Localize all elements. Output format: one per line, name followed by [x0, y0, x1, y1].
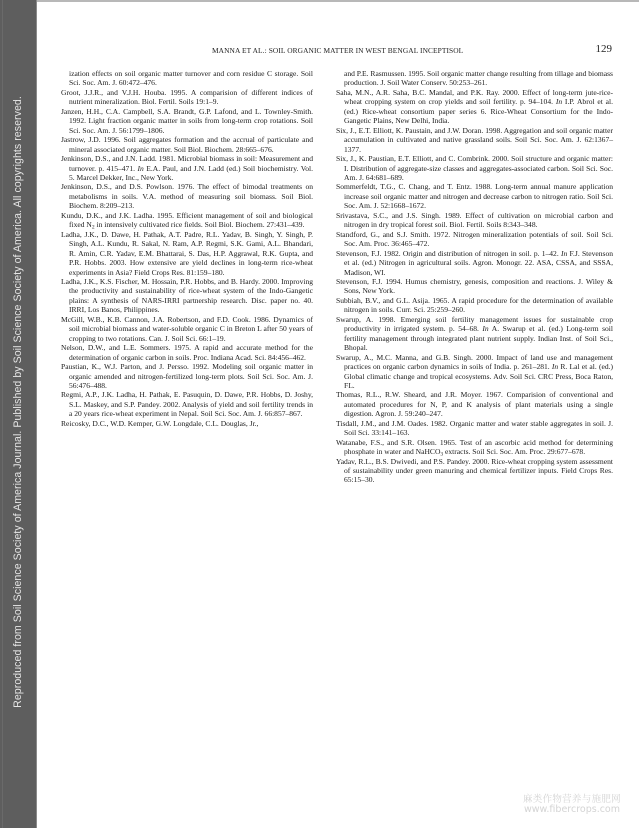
reference-entry: Thomas, R.L., R.W. Sheard, and J.R. Moye…: [336, 390, 613, 418]
top-border: [37, 0, 639, 2]
reference-text: extracts. Soil Sci. Soc. Am. Proc. 29:67…: [443, 447, 585, 456]
reference-entry: Watanabe, F.S., and S.R. Olsen. 1965. Te…: [336, 438, 613, 457]
reference-text: Stevenson, F.J. 1982. Origin and distrib…: [336, 249, 561, 258]
reference-entry: Sommerfeldt, T.G., C. Chang, and T. Entz…: [336, 182, 613, 210]
running-title: MANNA ET AL.: SOIL ORGANIC MATTER IN WES…: [212, 46, 463, 55]
references-right-column: and P.E. Rasmussen. 1995. Soil organic m…: [336, 69, 613, 485]
reference-entry: Regmi, A.P., J.K. Ladha, H. Pathak, E. P…: [61, 390, 313, 418]
reference-entry: Stevenson, F.J. 1982. Origin and distrib…: [336, 249, 613, 277]
copyright-notice: Reproduced from Soil Science Society of …: [12, 96, 24, 708]
reference-entry: Jastrow, J.D. 1996. Soil aggregates form…: [61, 135, 313, 154]
reference-entry: Standford, G., and S.J. Smith. 1972. Nit…: [336, 230, 613, 249]
reference-entry: McGill, W.B., K.B. Cannon, J.A. Robertso…: [61, 315, 313, 343]
reference-entry: Ladha, J.K., D. Dawe, H. Pathak, A.T. Pa…: [61, 230, 313, 277]
reference-entry: Jenkinson, D.S., and D.S. Powlson. 1976.…: [61, 182, 313, 210]
reference-entry: Ladha, J.K., K.S. Fischer, M. Hossain, P…: [61, 277, 313, 315]
reference-entry: Nelson, D.W., and L.E. Sommers. 1975. A …: [61, 343, 313, 362]
reference-entry: Srivastava, S.C., and J.S. Singh. 1989. …: [336, 211, 613, 230]
reference-text: in intensively cultivated rice fields. S…: [95, 220, 305, 229]
reference-entry: Kundu, D.K., and J.K. Ladha. 1995. Effic…: [61, 211, 313, 230]
reference-entry: Reicosky, D.C., W.D. Kemper, G.W. Longda…: [61, 419, 313, 428]
reference-entry: Subbiah, B.V., and G.L. Asija. 1965. A r…: [336, 296, 613, 315]
running-head: MANNA ET AL.: SOIL ORGANIC MATTER IN WES…: [60, 44, 612, 58]
copyright-side-strip: Reproduced from Soil Science Society of …: [0, 0, 37, 828]
site-watermark: 麻类作物营养与施肥网 www.fibercrops.com: [512, 795, 632, 815]
reference-entry: Tisdall, J.M., and J.M. Oades. 1982. Org…: [336, 419, 613, 438]
reference-continued: ization effects on soil organic matter t…: [61, 69, 313, 88]
reference-entry: Groot, J.J.R., and V.J.H. Houba. 1995. A…: [61, 88, 313, 107]
reference-continued: and P.E. Rasmussen. 1995. Soil organic m…: [336, 69, 613, 88]
reference-entry: Saha, M.N., A.R. Saha, B.C. Mandal, and …: [336, 88, 613, 126]
reference-entry: Swarup, A., M.C. Manna, and G.B. Singh. …: [336, 353, 613, 391]
reference-entry: Stevenson, F.J. 1994. Humus chemistry, g…: [336, 277, 613, 296]
reference-entry: Yadav, R.L., B.S. Dwivedi, and P.S. Pand…: [336, 457, 613, 485]
reference-entry: Paustian, K., W.J. Parton, and J. Persso…: [61, 362, 313, 390]
watermark-url: www.fibercrops.com: [512, 805, 632, 815]
reference-entry: Six, J., E.T. Elliott, K. Paustain, and …: [336, 126, 613, 154]
reference-entry: Jenkinson, D.S., and J.N. Ladd. 1981. Mi…: [61, 154, 313, 182]
references-left-column: ization effects on soil organic matter t…: [61, 69, 313, 428]
reference-entry: Janzen, H.H., C.A. Campbell, S.A. Brandt…: [61, 107, 313, 135]
page-number: 129: [596, 43, 613, 55]
reference-entry: Six, J., K. Paustian, E.T. Elliott, and …: [336, 154, 613, 182]
reference-entry: Swarup, A. 1998. Emerging soil fertility…: [336, 315, 613, 353]
